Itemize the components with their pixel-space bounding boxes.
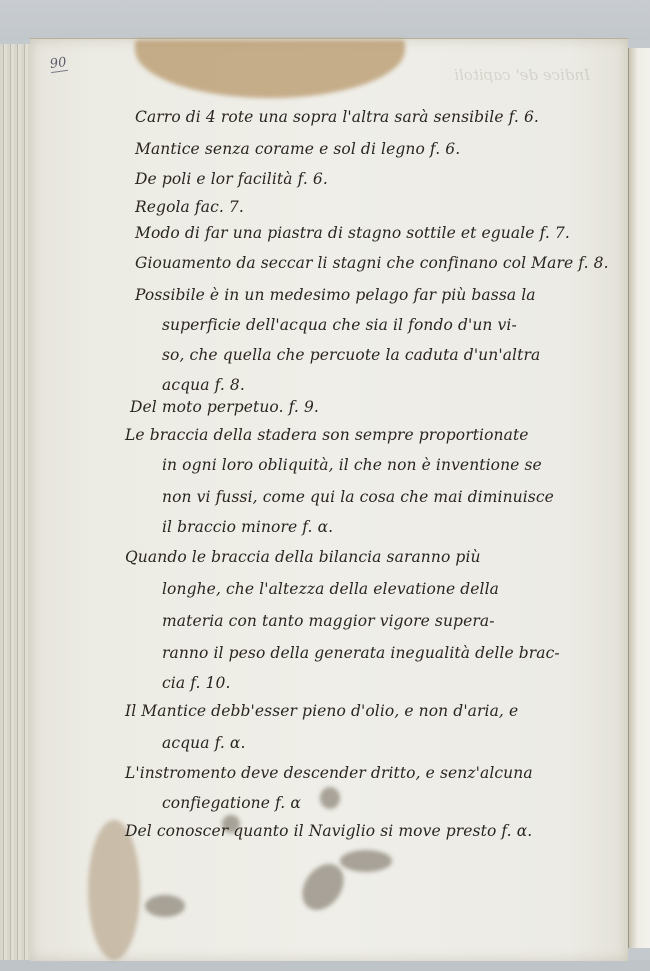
folio-number: 90 — [49, 55, 68, 73]
manuscript-line: Del conoscer quanto il Naviglio si move … — [125, 822, 532, 840]
manuscript-line: De poli e lor facilità f. 6. — [135, 170, 328, 188]
manuscript-line: acqua f. 8. — [162, 376, 245, 394]
manuscript-line: Quando le braccia della bilancia saranno… — [125, 548, 481, 566]
water-stain-bottom-left — [88, 820, 140, 960]
manuscript-line: il braccio minore f. α. — [162, 518, 333, 536]
manuscript-line: acqua f. α. — [162, 734, 246, 752]
manuscript-line: cia f. 10. — [162, 674, 231, 692]
book-page-edges — [0, 44, 31, 960]
manuscript-line: L'instromento deve descender dritto, e s… — [125, 764, 533, 782]
manuscript-line: Le braccia della stadera son sempre prop… — [125, 426, 529, 444]
manuscript-line: Del moto perpetuo. f. 9. — [130, 398, 319, 416]
manuscript-line: superficie dell'acqua che sia il fondo d… — [162, 316, 517, 334]
manuscript-line: longhe, che l'altezza della elevatione d… — [162, 580, 499, 598]
manuscript-line: non vi fussi, come qui la cosa che mai d… — [162, 488, 554, 506]
manuscript-line: confiegatione f. α — [162, 794, 301, 812]
facing-page-edge — [628, 48, 650, 948]
manuscript-line: so, che quella che percuote la caduta d'… — [162, 346, 540, 364]
manuscript-line: Possibile è in un medesimo pelago far pi… — [135, 286, 536, 304]
manuscript-line: materia con tanto maggior vigore supera- — [162, 612, 495, 630]
manuscript-line: Mantice senza corame e sol di legno f. 6… — [135, 140, 460, 158]
manuscript-line: Il Mantice debb'esser pieno d'olio, e no… — [125, 702, 518, 720]
manuscript-line: Regola fac. 7. — [135, 198, 244, 216]
manuscript-line: Giouamento da seccar li stagni che confi… — [135, 254, 609, 272]
ink-stain-bottom-cap — [340, 850, 392, 872]
background-top — [0, 0, 650, 40]
manuscript-line: Carro di 4 rote una sopra l'altra sarà s… — [135, 108, 539, 126]
manuscript-line: in ogni loro obliquità, il che non è inv… — [162, 456, 542, 474]
manuscript-line: ranno il peso della generata inegualità … — [162, 644, 560, 662]
manuscript-line: Modo di far una piastra di stagno sottil… — [135, 224, 570, 242]
background-bottom — [0, 960, 650, 971]
ink-blot-small — [145, 895, 185, 917]
